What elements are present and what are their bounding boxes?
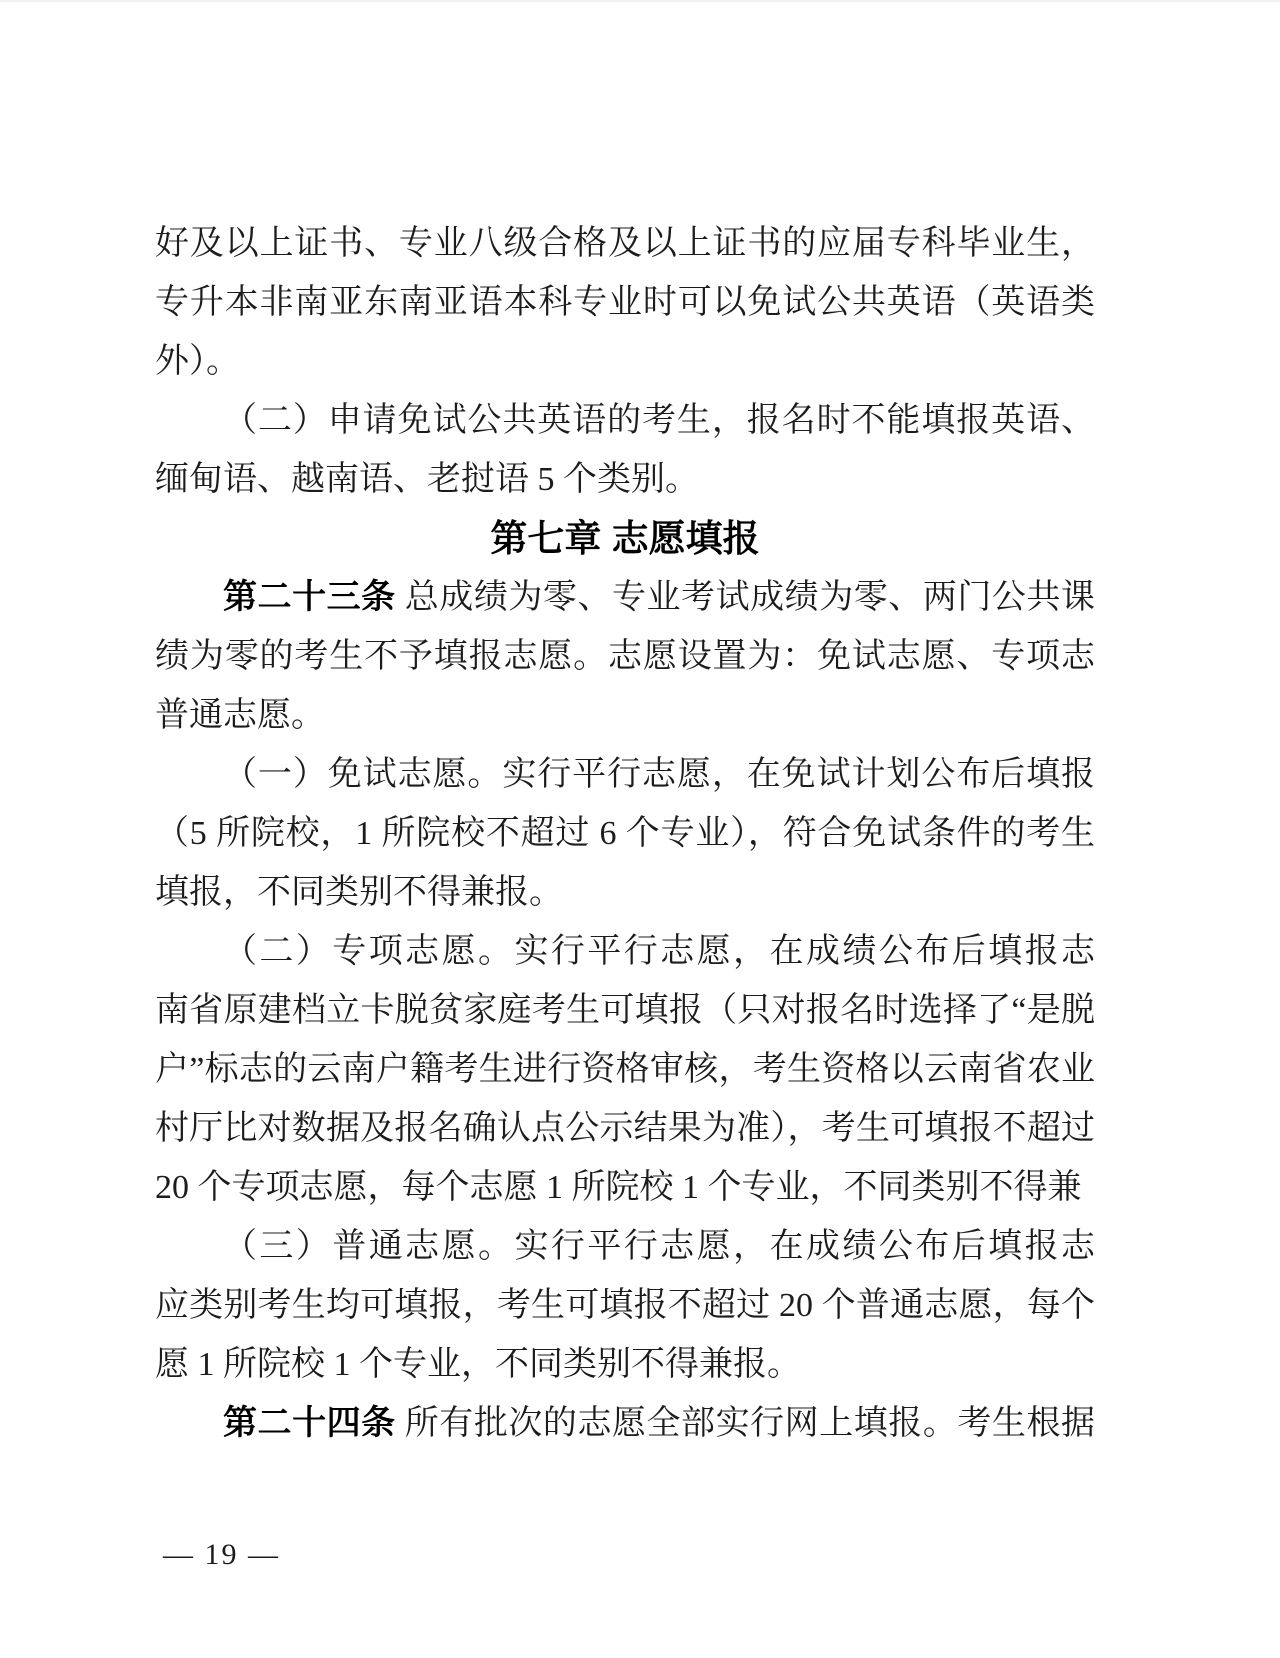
page-number: — 19 — <box>163 1538 280 1572</box>
document-text-block: 好及以上证书、专业八级合格及以上证书的应届专科毕业生，报考专升本非南亚东南亚语本… <box>155 214 1095 1453</box>
text-segment: 愿 1 所院校 1 个专业，不同类别不得兼报。 <box>155 1346 801 1383</box>
text-line: 第二十三条 总成绩为零、专业考试成绩为零、两门公共课成 <box>155 568 1095 627</box>
text-line: 南省原建档立卡脱贫家庭考生可填报（只对报名时选择了“是脱贫 <box>155 981 1095 1040</box>
article-number-label: 第二十四条 <box>223 1404 396 1442</box>
text-line: 村厅比对数据及报名确认点公示结果为准），考生可填报不超过 <box>155 1099 1095 1158</box>
text-segment: 户”标志的云南户籍考生进行资格审核，考生资格以云南省农业农 <box>155 1051 1095 1099</box>
text-segment: 填报，不同类别不得兼报。 <box>155 874 563 911</box>
text-segment: 缅甸语、越南语、老挝语 5 个类别。 <box>155 461 699 498</box>
text-segment: （三）普通志愿。实行平行志愿，在成绩公布后填报志愿，相 <box>155 1228 1095 1276</box>
document-page: 好及以上证书、专业八级合格及以上证书的应届专科毕业生，报考专升本非南亚东南亚语本… <box>0 0 1280 1658</box>
text-line: （二）专项志愿。实行平行志愿，在成绩公布后填报志愿，云 <box>155 922 1095 981</box>
article-number-label: 第二十三条 <box>223 578 396 616</box>
text-line: 应类别考生均可填报，考生可填报不超过 20 个普通志愿，每个志 <box>155 1276 1095 1335</box>
text-line: 缅甸语、越南语、老挝语 5 个类别。 <box>155 450 1095 509</box>
text-segment: （二）申请免试公共英语的考生，报名时不能填报英语、泰语、 <box>155 402 1095 450</box>
text-line: （三）普通志愿。实行平行志愿，在成绩公布后填报志愿，相 <box>155 1217 1095 1276</box>
text-segment: （5 所院校，1 所院校不超过 6 个专业），符合免试条件的考生可 <box>155 815 1095 863</box>
text-segment: （一）免试志愿。实行平行志愿，在免试计划公布后填报志愿 <box>155 756 1095 804</box>
text-segment: 第七章 志愿填报 <box>490 518 759 559</box>
text-segment: （二）专项志愿。实行平行志愿，在成绩公布后填报志愿，云 <box>155 933 1095 981</box>
text-segment: 村厅比对数据及报名确认点公示结果为准），考生可填报不超过 <box>155 1110 1095 1147</box>
text-line: 第二十四条 所有批次的志愿全部实行网上填报。考生根据报 <box>155 1394 1095 1453</box>
text-segment: 应类别考生均可填报，考生可填报不超过 20 个普通志愿，每个志 <box>155 1287 1095 1335</box>
text-line: 20 个专项志愿，每个志愿 1 所院校 1 个专业，不同类别不得兼报。 <box>155 1158 1095 1217</box>
text-line: （5 所院校，1 所院校不超过 6 个专业），符合免试条件的考生可 <box>155 804 1095 863</box>
text-line: （二）申请免试公共英语的考生，报名时不能填报英语、泰语、 <box>155 391 1095 450</box>
text-line: 好及以上证书、专业八级合格及以上证书的应届专科毕业生，报考 <box>155 214 1095 273</box>
text-segment: 专升本非南亚东南亚语本科专业时可以免试公共英语（英语类除 <box>155 284 1095 332</box>
text-line: （一）免试志愿。实行平行志愿，在免试计划公布后填报志愿 <box>155 745 1095 804</box>
text-segment: 20 个专项志愿，每个志愿 1 所院校 1 个专业，不同类别不得兼报。 <box>155 1169 1082 1217</box>
text-line: 普通志愿。 <box>155 686 1095 745</box>
text-line: 户”标志的云南户籍考生进行资格审核，考生资格以云南省农业农 <box>155 1040 1095 1099</box>
text-segment: 普通志愿。 <box>155 697 325 734</box>
text-segment: 外）。 <box>155 343 240 380</box>
text-segment: 好及以上证书、专业八级合格及以上证书的应届专科毕业生，报考 <box>155 225 1095 273</box>
chapter-heading: 第七章 志愿填报 <box>155 509 1095 568</box>
text-segment: 绩为零的考生不予填报志愿。志愿设置为：免试志愿、专项志愿和 <box>155 638 1095 686</box>
text-segment: 南省原建档立卡脱贫家庭考生可填报（只对报名时选择了“是脱贫 <box>155 992 1095 1040</box>
text-line: 外）。 <box>155 332 1095 391</box>
text-line: 专升本非南亚东南亚语本科专业时可以免试公共英语（英语类除 <box>155 273 1095 332</box>
text-line: 填报，不同类别不得兼报。 <box>155 863 1095 922</box>
text-line: 愿 1 所院校 1 个专业，不同类别不得兼报。 <box>155 1335 1095 1394</box>
text-line: 绩为零的考生不予填报志愿。志愿设置为：免试志愿、专项志愿和 <box>155 627 1095 686</box>
